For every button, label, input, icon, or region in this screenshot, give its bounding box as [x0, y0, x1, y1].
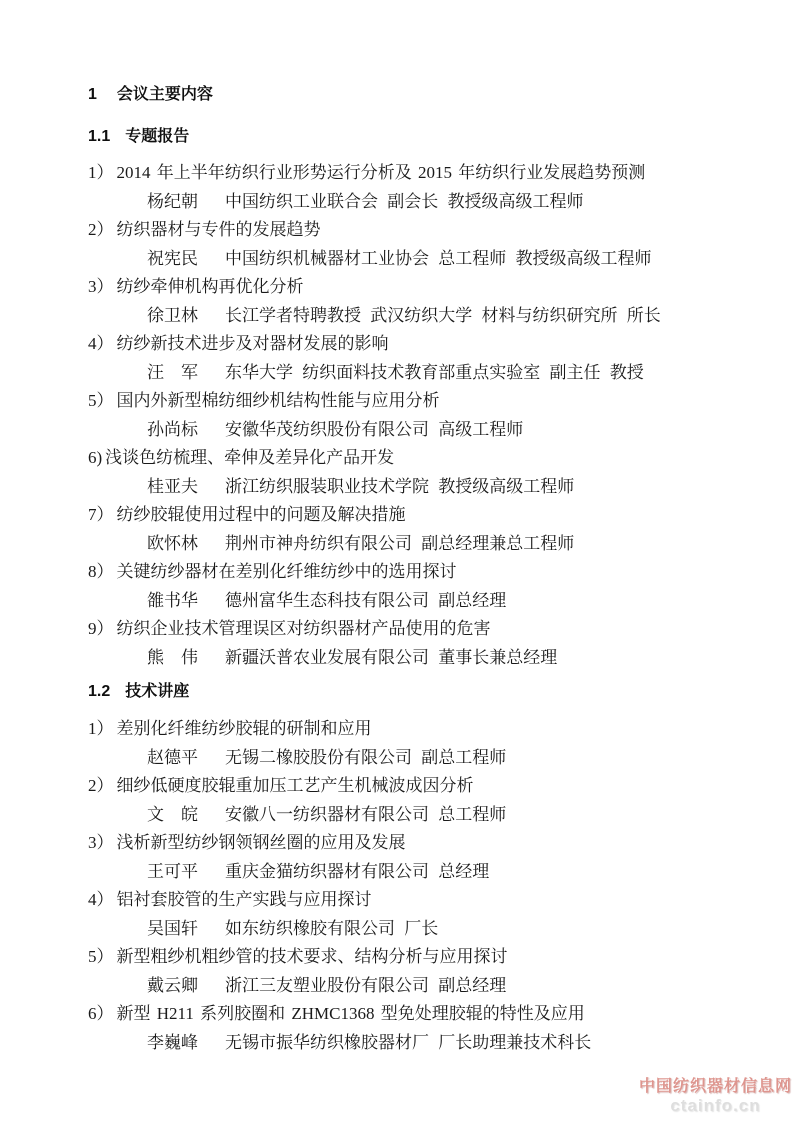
item-number: 6)	[88, 448, 102, 467]
document-page: 1会议主要内容 1.1专题报告 1）2014 年上半年纺织行业形势运行分析及 2…	[0, 0, 793, 1123]
watermark-site-name: 中国纺织器材信息网	[639, 1078, 792, 1096]
list-item: 4）纺纱新技术进步及对器材发展的影响 汪 军东华大学 纺织面料技术教育部重点实验…	[88, 330, 748, 387]
item-number: 4）	[88, 890, 114, 909]
speaker-detail: 长江学者特聘教授 武汉纺织大学 材料与纺织研究所 所长	[225, 306, 661, 325]
item-title-line: 6）新型 H211 系列胶圈和 ZHMC1368 型免处理胶辊的特性及应用	[88, 1000, 748, 1029]
item-title-line: 3）浅析新型纺纱钢领钢丝圈的应用及发展	[88, 829, 748, 858]
item-title-line: 5）新型粗纱机粗纱管的技术要求、结构分析与应用探讨	[88, 943, 748, 972]
item-title-line: 8）关键纺纱器材在差别化纤维纺纱中的选用探讨	[88, 558, 748, 587]
item-title-line: 4）纺纱新技术进步及对器材发展的影响	[88, 330, 748, 359]
list-item: 1）2014 年上半年纺织行业形势运行分析及 2015 年纺织行业发展趋势预测 …	[88, 159, 748, 216]
item-speaker-line: 徐卫林长江学者特聘教授 武汉纺织大学 材料与纺织研究所 所长	[88, 302, 748, 331]
speaker-detail: 如东纺织橡胶有限公司 厂长	[225, 919, 438, 938]
speaker-detail: 中国纺织机械器材工业协会 总工程师 教授级高级工程师	[225, 249, 652, 268]
list-item: 5）新型粗纱机粗纱管的技术要求、结构分析与应用探讨 戴云卿浙江三友塑业股份有限公…	[88, 943, 748, 1000]
item-number: 2）	[88, 220, 114, 239]
item-number: 7）	[88, 505, 114, 524]
item-number: 3）	[88, 277, 114, 296]
speaker-detail: 安徽华茂纺织股份有限公司 高级工程师	[225, 420, 523, 439]
page-content: 1会议主要内容 1.1专题报告 1）2014 年上半年纺织行业形势运行分析及 2…	[88, 84, 748, 1057]
list-item: 6)浅谈色纺梳理、牵伸及差异化产品开发 桂亚夫浙江纺织服装职业技术学院 教授级高…	[88, 444, 748, 501]
section-number: 1.2	[88, 681, 110, 702]
item-title-line: 5）国内外新型棉纺细纱机结构性能与应用分析	[88, 387, 748, 416]
item-speaker-line: 文 皖安徽八一纺织器材有限公司 总工程师	[88, 801, 748, 830]
speaker-detail: 浙江三友塑业股份有限公司 副总经理	[225, 976, 506, 995]
list-item: 2）细纱低硬度胶辊重加压工艺产生机械波成因分析 文 皖安徽八一纺织器材有限公司 …	[88, 772, 748, 829]
item-title-line: 2）纺织器材与专件的发展趋势	[88, 216, 748, 245]
speaker-name: 杨纪朝	[147, 192, 198, 211]
item-title: 纺纱胶辊使用过程中的问题及解决措施	[117, 505, 406, 524]
item-speaker-line: 赵德平无锡二橡胶股份有限公司 副总工程师	[88, 744, 748, 773]
speaker-name: 祝宪民	[147, 249, 198, 268]
list-item: 3）浅析新型纺纱钢领钢丝圈的应用及发展 王可平重庆金猫纺织器材有限公司 总经理	[88, 829, 748, 886]
speaker-detail: 无锡二橡胶股份有限公司 副总工程师	[225, 748, 506, 767]
item-speaker-line: 李巍峰无锡市振华纺织橡胶器材厂 厂长助理兼技术科长	[88, 1029, 748, 1058]
lectures-list: 1）差别化纤维纺纱胶辊的研制和应用 赵德平无锡二橡胶股份有限公司 副总工程师 2…	[88, 715, 748, 1057]
item-number: 3）	[88, 833, 114, 852]
item-title: 关键纺纱器材在差别化纤维纺纱中的选用探讨	[117, 562, 457, 581]
item-title: 新型粗纱机粗纱管的技术要求、结构分析与应用探讨	[117, 947, 508, 966]
speaker-detail: 浙江纺织服装职业技术学院 教授级高级工程师	[225, 477, 574, 496]
item-title: 铝衬套胶管的生产实践与应用探讨	[117, 890, 372, 909]
speaker-name: 雒书华	[147, 591, 198, 610]
speaker-name: 徐卫林	[147, 306, 198, 325]
item-speaker-line: 吴国轩如东纺织橡胶有限公司 厂长	[88, 915, 748, 944]
watermark-site-domain: ctainfo.cn	[639, 1096, 792, 1116]
item-number: 8）	[88, 562, 114, 581]
item-number: 2）	[88, 776, 114, 795]
item-title: 国内外新型棉纺细纱机结构性能与应用分析	[117, 391, 440, 410]
item-speaker-line: 桂亚夫浙江纺织服装职业技术学院 教授级高级工程师	[88, 473, 748, 502]
speaker-detail: 德州富华生态科技有限公司 副总经理	[225, 591, 506, 610]
speaker-detail: 安徽八一纺织器材有限公司 总工程师	[225, 805, 506, 824]
item-title-line: 6)浅谈色纺梳理、牵伸及差异化产品开发	[88, 444, 748, 473]
speaker-name: 文 皖	[147, 805, 198, 824]
item-title-line: 9）纺织企业技术管理误区对纺织器材产品使用的危害	[88, 615, 748, 644]
item-title-line: 2）细纱低硬度胶辊重加压工艺产生机械波成因分析	[88, 772, 748, 801]
item-title-line: 1）2014 年上半年纺织行业形势运行分析及 2015 年纺织行业发展趋势预测	[88, 159, 748, 188]
speaker-name: 欧怀林	[147, 534, 198, 553]
speaker-name: 赵德平	[147, 748, 198, 767]
list-item: 2）纺织器材与专件的发展趋势 祝宪民中国纺织机械器材工业协会 总工程师 教授级高…	[88, 216, 748, 273]
speaker-name: 孙尚标	[147, 420, 198, 439]
item-speaker-line: 孙尚标安徽华茂纺织股份有限公司 高级工程师	[88, 416, 748, 445]
item-speaker-line: 祝宪民中国纺织机械器材工业协会 总工程师 教授级高级工程师	[88, 245, 748, 274]
item-title: 2014 年上半年纺织行业形势运行分析及 2015 年纺织行业发展趋势预测	[117, 163, 646, 182]
item-title: 新型 H211 系列胶圈和 ZHMC1368 型免处理胶辊的特性及应用	[117, 1004, 585, 1023]
speaker-name: 汪 军	[147, 363, 198, 382]
item-speaker-line: 熊 伟新疆沃普农业发展有限公司 董事长兼总经理	[88, 644, 748, 673]
item-title-line: 7）纺纱胶辊使用过程中的问题及解决措施	[88, 501, 748, 530]
item-speaker-line: 戴云卿浙江三友塑业股份有限公司 副总经理	[88, 972, 748, 1001]
item-number: 1）	[88, 719, 114, 738]
section-heading-main: 1会议主要内容	[88, 84, 748, 105]
item-title: 浅析新型纺纱钢领钢丝圈的应用及发展	[117, 833, 406, 852]
item-title: 浅谈色纺梳理、牵伸及差异化产品开发	[105, 448, 394, 467]
section-heading-lectures: 1.2技术讲座	[88, 681, 748, 702]
speaker-detail: 荆州市神舟纺织有限公司 副总经理兼总工程师	[225, 534, 574, 553]
item-number: 5）	[88, 947, 114, 966]
site-watermark: 中国纺织器材信息网 ctainfo.cn	[639, 1078, 792, 1116]
item-title-line: 3）纺纱牵伸机构再优化分析	[88, 273, 748, 302]
item-title-line: 4）铝衬套胶管的生产实践与应用探讨	[88, 886, 748, 915]
item-title: 细纱低硬度胶辊重加压工艺产生机械波成因分析	[117, 776, 474, 795]
item-speaker-line: 汪 军东华大学 纺织面料技术教育部重点实验室 副主任 教授	[88, 359, 748, 388]
speaker-name: 王可平	[147, 862, 198, 881]
speaker-detail: 东华大学 纺织面料技术教育部重点实验室 副主任 教授	[225, 363, 644, 382]
item-title: 纺纱牵伸机构再优化分析	[117, 277, 304, 296]
section-heading-reports: 1.1专题报告	[88, 126, 748, 147]
item-title: 纺织企业技术管理误区对纺织器材产品使用的危害	[117, 619, 491, 638]
item-title-line: 1）差别化纤维纺纱胶辊的研制和应用	[88, 715, 748, 744]
item-number: 5）	[88, 391, 114, 410]
section-number: 1.1	[88, 126, 110, 147]
list-item: 5）国内外新型棉纺细纱机结构性能与应用分析 孙尚标安徽华茂纺织股份有限公司 高级…	[88, 387, 748, 444]
item-number: 1）	[88, 163, 114, 182]
list-item: 3）纺纱牵伸机构再优化分析 徐卫林长江学者特聘教授 武汉纺织大学 材料与纺织研究…	[88, 273, 748, 330]
speaker-detail: 重庆金猫纺织器材有限公司 总经理	[225, 862, 489, 881]
speaker-detail: 新疆沃普农业发展有限公司 董事长兼总经理	[225, 648, 557, 667]
item-number: 9）	[88, 619, 114, 638]
speaker-name: 熊 伟	[147, 648, 198, 667]
item-speaker-line: 欧怀林荆州市神舟纺织有限公司 副总经理兼总工程师	[88, 530, 748, 559]
item-title: 差别化纤维纺纱胶辊的研制和应用	[117, 719, 372, 738]
item-speaker-line: 杨纪朝中国纺织工业联合会 副会长 教授级高级工程师	[88, 188, 748, 217]
speaker-name: 桂亚夫	[147, 477, 198, 496]
section-number: 1	[88, 84, 97, 105]
list-item: 4）铝衬套胶管的生产实践与应用探讨 吴国轩如东纺织橡胶有限公司 厂长	[88, 886, 748, 943]
section-title: 技术讲座	[125, 683, 189, 700]
speaker-name: 李巍峰	[147, 1033, 198, 1052]
speaker-name: 戴云卿	[147, 976, 198, 995]
item-title: 纺纱新技术进步及对器材发展的影响	[117, 334, 389, 353]
item-number: 4）	[88, 334, 114, 353]
list-item: 9）纺织企业技术管理误区对纺织器材产品使用的危害 熊 伟新疆沃普农业发展有限公司…	[88, 615, 748, 672]
item-title: 纺织器材与专件的发展趋势	[117, 220, 321, 239]
speaker-name: 吴国轩	[147, 919, 198, 938]
list-item: 1）差别化纤维纺纱胶辊的研制和应用 赵德平无锡二橡胶股份有限公司 副总工程师	[88, 715, 748, 772]
item-speaker-line: 王可平重庆金猫纺织器材有限公司 总经理	[88, 858, 748, 887]
reports-list: 1）2014 年上半年纺织行业形势运行分析及 2015 年纺织行业发展趋势预测 …	[88, 159, 748, 672]
list-item: 6）新型 H211 系列胶圈和 ZHMC1368 型免处理胶辊的特性及应用 李巍…	[88, 1000, 748, 1057]
speaker-detail: 无锡市振华纺织橡胶器材厂 厂长助理兼技术科长	[225, 1033, 591, 1052]
item-number: 6）	[88, 1004, 114, 1023]
section-title: 专题报告	[125, 128, 189, 145]
list-item: 7）纺纱胶辊使用过程中的问题及解决措施 欧怀林荆州市神舟纺织有限公司 副总经理兼…	[88, 501, 748, 558]
speaker-detail: 中国纺织工业联合会 副会长 教授级高级工程师	[225, 192, 584, 211]
item-speaker-line: 雒书华德州富华生态科技有限公司 副总经理	[88, 587, 748, 616]
list-item: 8）关键纺纱器材在差别化纤维纺纱中的选用探讨 雒书华德州富华生态科技有限公司 副…	[88, 558, 748, 615]
section-title: 会议主要内容	[117, 86, 213, 103]
